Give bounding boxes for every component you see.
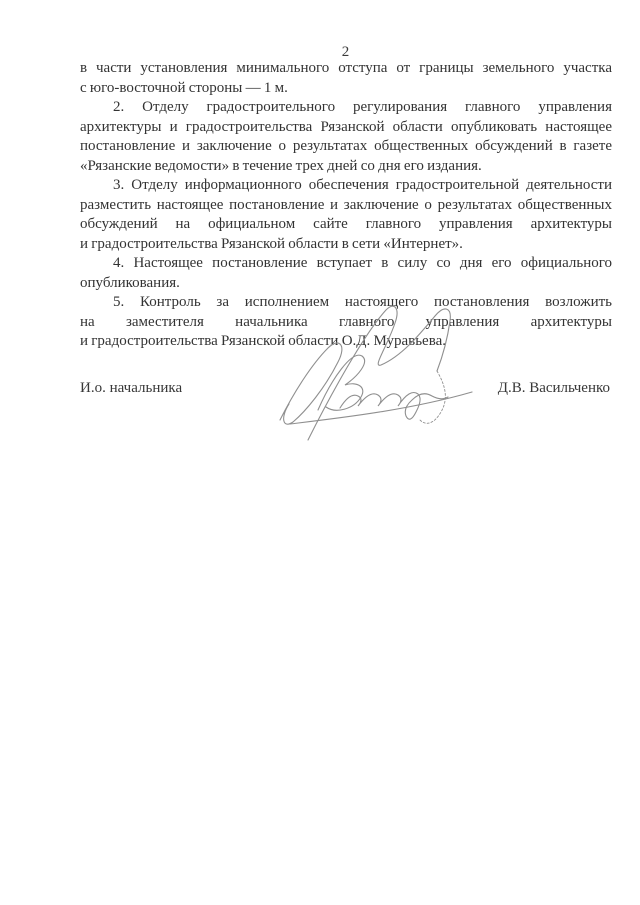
text-line: разместить настоящее постановление и зак… [80, 196, 612, 216]
text-line: «Рязанские ведомости» в течение трех дне… [80, 157, 612, 177]
signer-name-label: Д.В. Васильченко [498, 380, 610, 397]
text-line: 3. Отделу информационного обеспечения гр… [80, 176, 612, 196]
text-line: архитектуры и градостроительства Рязанск… [80, 118, 612, 138]
document-page: 2 в части установления минимального отст… [0, 0, 640, 905]
text-line: в части установления минимального отступ… [80, 59, 612, 79]
text-line: с юго-восточной стороны — 1 м. [80, 79, 612, 99]
text-line: 4. Настоящее постановление вступает в си… [80, 254, 612, 274]
signer-position-label: И.о. начальника [80, 380, 182, 397]
text-line: и градостроительства Рязанской области в… [80, 235, 612, 255]
text-line: 2. Отделу градостроительного регулирован… [80, 98, 612, 118]
signature-scribble-icon [268, 298, 476, 460]
text-line: обсуждений на официальном сайте главного… [80, 215, 612, 235]
text-line: постановление и заключение о результатах… [80, 137, 612, 157]
text-line: опубликования. [80, 274, 612, 294]
